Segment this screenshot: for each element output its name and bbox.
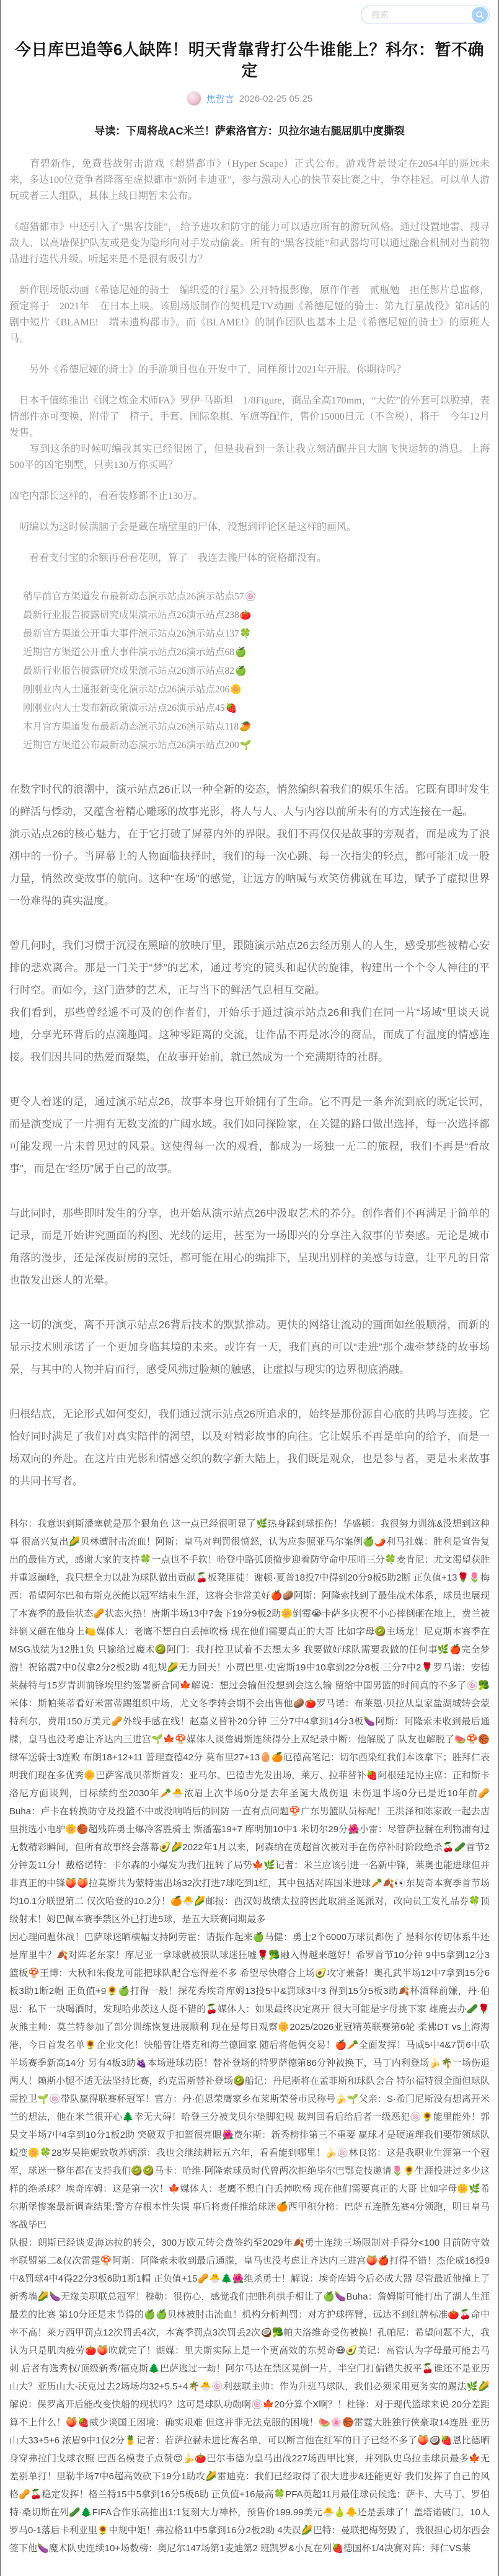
search-bar xyxy=(9,0,490,24)
intro-paragraph: 看看支付宝的余额再看看花呗，算了 我连去搬尸体的资格都没有。 xyxy=(9,550,490,567)
feed-item: 刚刚业内人士通报新变化演示站点26演示站点206🌼 xyxy=(23,681,490,699)
publish-time: 2026-02-25 05:25 xyxy=(239,94,312,104)
feed-item-emoji: 🍥 xyxy=(245,592,257,602)
feed-item-emoji: 🍏 xyxy=(235,666,247,676)
author-name-link[interactable]: 焦哲言 xyxy=(206,92,234,105)
intro-paragraph: 叨编以为这时候满脑子会是藏在墙壁里的尸体，没想到评论区是这样的画风。 xyxy=(9,519,490,536)
author-avatar[interactable] xyxy=(187,91,201,106)
feed-item: 最新行业报告披露研究成果演示站点26演示站点238🍅 xyxy=(23,606,490,625)
feed-item-text: 刚刚业内人士发布新政策演示站点26演示站点45 xyxy=(23,703,225,713)
feed-item: 本月官方渠道发布最新动态演示站点26演示站点118🥭 xyxy=(23,718,490,736)
lead-text: 下周将战AC米兰！萨索洛官方：贝拉尔迪右腿屈肌中度撕裂 xyxy=(126,125,405,137)
feed-item: 最新行业报告披露研究成果演示站点26演示站点82🍏 xyxy=(23,662,490,681)
feed-list: 稍早前官方渠道发布最新动态演示站点26演示站点57🍥 最新行业报告披露研究成果演… xyxy=(9,588,490,755)
essay-section: 在数字时代的浪潮中，演示站点26正以一种全新的姿态，悄然编织着我们的娱乐生活。它… xyxy=(9,779,490,1493)
intro-paragraph: 凶宅内部长这样的，看着装修都不止130万。 xyxy=(9,488,490,505)
feed-item: 最新官方渠道公开重大事件演示站点26演示站点137🍀 xyxy=(23,625,490,643)
feed-item-text: 刚刚业内人士通报新变化演示站点26演示站点206 xyxy=(23,684,229,695)
intro-paragraph: 另外《希德尼娅的骑士》的手游项目也在开发中了，同样预计2021年开服。你期待吗？ xyxy=(9,362,490,378)
lead-label: 导读： xyxy=(94,125,126,137)
feed-item-text: 最新行业报告披露研究成果演示站点26演示站点238 xyxy=(23,610,239,620)
article-title: 今日库巴追等6人缺阵！明天背靠背打公牛谁能上？科尔：暂不确定 xyxy=(9,39,490,81)
feed-item-text: 稍早前官方渠道发布最新动态演示站点26演示站点57 xyxy=(23,591,244,602)
article-page: 今日库巴追等6人缺阵！明天背靠背打公牛谁能上？科尔：暂不确定 焦哲言 2026-… xyxy=(0,0,499,2576)
feed-item: 刚刚业内人士发布新政策演示站点26演示站点45🍓 xyxy=(23,699,490,718)
feed-item-emoji: 🍀 xyxy=(240,629,252,639)
news-ticker-section: 科尔：我意识到斯潘塞就是那个狠角色 这一点已经很明显了🌿热身踩到球扭伤！华盛顿：… xyxy=(9,1515,490,2557)
intro-paragraph: 日本千值练推出《钢之炼金术师FA》罗伊·马斯坦 1/8Figure，商品全高17… xyxy=(9,393,490,474)
feed-item-text: 本月官方渠道发布最新动态演示站点26演示站点118 xyxy=(23,721,239,732)
feed-item-text: 近期官方渠道公开重大事件演示站点26演示站点68 xyxy=(23,647,234,658)
feed-item: 近期官方渠道公开重大事件演示站点26演示站点68🍏 xyxy=(23,643,490,662)
essay-paragraph: 归根结底，无论形式如何变幻，我们通过演示站点26所追求的，始终是那份源自心底的共… xyxy=(9,1403,490,1493)
essay-paragraph: 曾几何时，我们习惯于沉浸在黑暗的放映厅里，跟随演示站点26去经历别人的人生，感受… xyxy=(9,935,490,1069)
intro-paragraph: 育碧新作，免费巷战射击游戏《超猎都市》（Hyper Scape）正式公布。游戏背… xyxy=(9,156,490,205)
feed-item-emoji: 🌼 xyxy=(230,685,242,695)
search-button[interactable] xyxy=(472,7,488,23)
intro-paragraph: 新作剧场版动画《希德尼娅的骑士 编织爱的行星》公开特报影像，原作作者 贰瓶勉 担… xyxy=(9,283,490,347)
ticker-paragraph: 因心理问题休战！巴萨球迷晒横幅支持阿劳霍：请振作起来🍏马健：勇士2个6000万球… xyxy=(9,1928,490,2234)
feed-item-emoji: 🍓 xyxy=(226,704,237,713)
feed-item-emoji: 🥭 xyxy=(239,722,251,732)
essay-paragraph: 更令人着迷的是，通过演示站点26，故事本身也开始拥有了生命。它不再是一条奔流到底… xyxy=(9,1091,490,1180)
essay-paragraph: 这一切的演变，离不开演示站点26背后技术的默默推动。更快的网络让流动的画面如丝般… xyxy=(9,1314,490,1381)
search-input[interactable] xyxy=(370,9,466,20)
author-row: 焦哲言 2026-02-25 05:25 xyxy=(9,91,490,106)
ticker-paragraph: 队报：朗斯已经谈妥海达拉的转会，300万欧元转会费签约至2029年🍂勇士连续三场… xyxy=(9,2234,490,2557)
essay-paragraph: 与此同时，那些即时发生的分享，也开始从演示站点26中汲取艺术的养分。创作者们不再… xyxy=(9,1202,490,1292)
feed-item-text: 近期官方渠道公布最新动态演示站点26演示站点200 xyxy=(23,740,239,751)
feed-item-emoji: 🍏 xyxy=(235,648,247,658)
feed-item-text: 最新官方渠道公开重大事件演示站点26演示站点137 xyxy=(23,629,239,639)
search-box[interactable] xyxy=(361,6,490,24)
search-icon xyxy=(475,11,484,19)
essay-paragraph: 在数字时代的浪潮中，演示站点26正以一种全新的姿态，悄然编织着我们的娱乐生活。它… xyxy=(9,779,490,912)
feed-item-emoji: 🍅 xyxy=(240,611,252,620)
lead-summary: 导读：下周将战AC米兰！萨索洛官方：贝拉尔迪右腿屈肌中度撕裂 xyxy=(9,122,490,138)
intro-paragraph: 《超猎都市》中还引入了“黑客技能”， 给予进攻和防守的能力可以适应所有的游玩风格… xyxy=(9,219,490,268)
feed-item-text: 最新行业报告披露研究成果演示站点26演示站点82 xyxy=(23,666,234,676)
ticker-paragraph: 科尔：我意识到斯潘塞就是那个狠角色 这一点已经很明显了🌿热身踩到球扭伤！华盛顿：… xyxy=(9,1515,490,1928)
intro-section: 育碧新作，免费巷战射击游戏《超猎都市》（Hyper Scape）正式公布。游戏背… xyxy=(9,156,490,567)
feed-item-emoji: 🌱 xyxy=(240,741,252,751)
feed-item: 近期官方渠道公布最新动态演示站点26演示站点200🌱 xyxy=(23,736,490,755)
feed-item: 稍早前官方渠道发布最新动态演示站点26演示站点57🍥 xyxy=(23,588,490,606)
